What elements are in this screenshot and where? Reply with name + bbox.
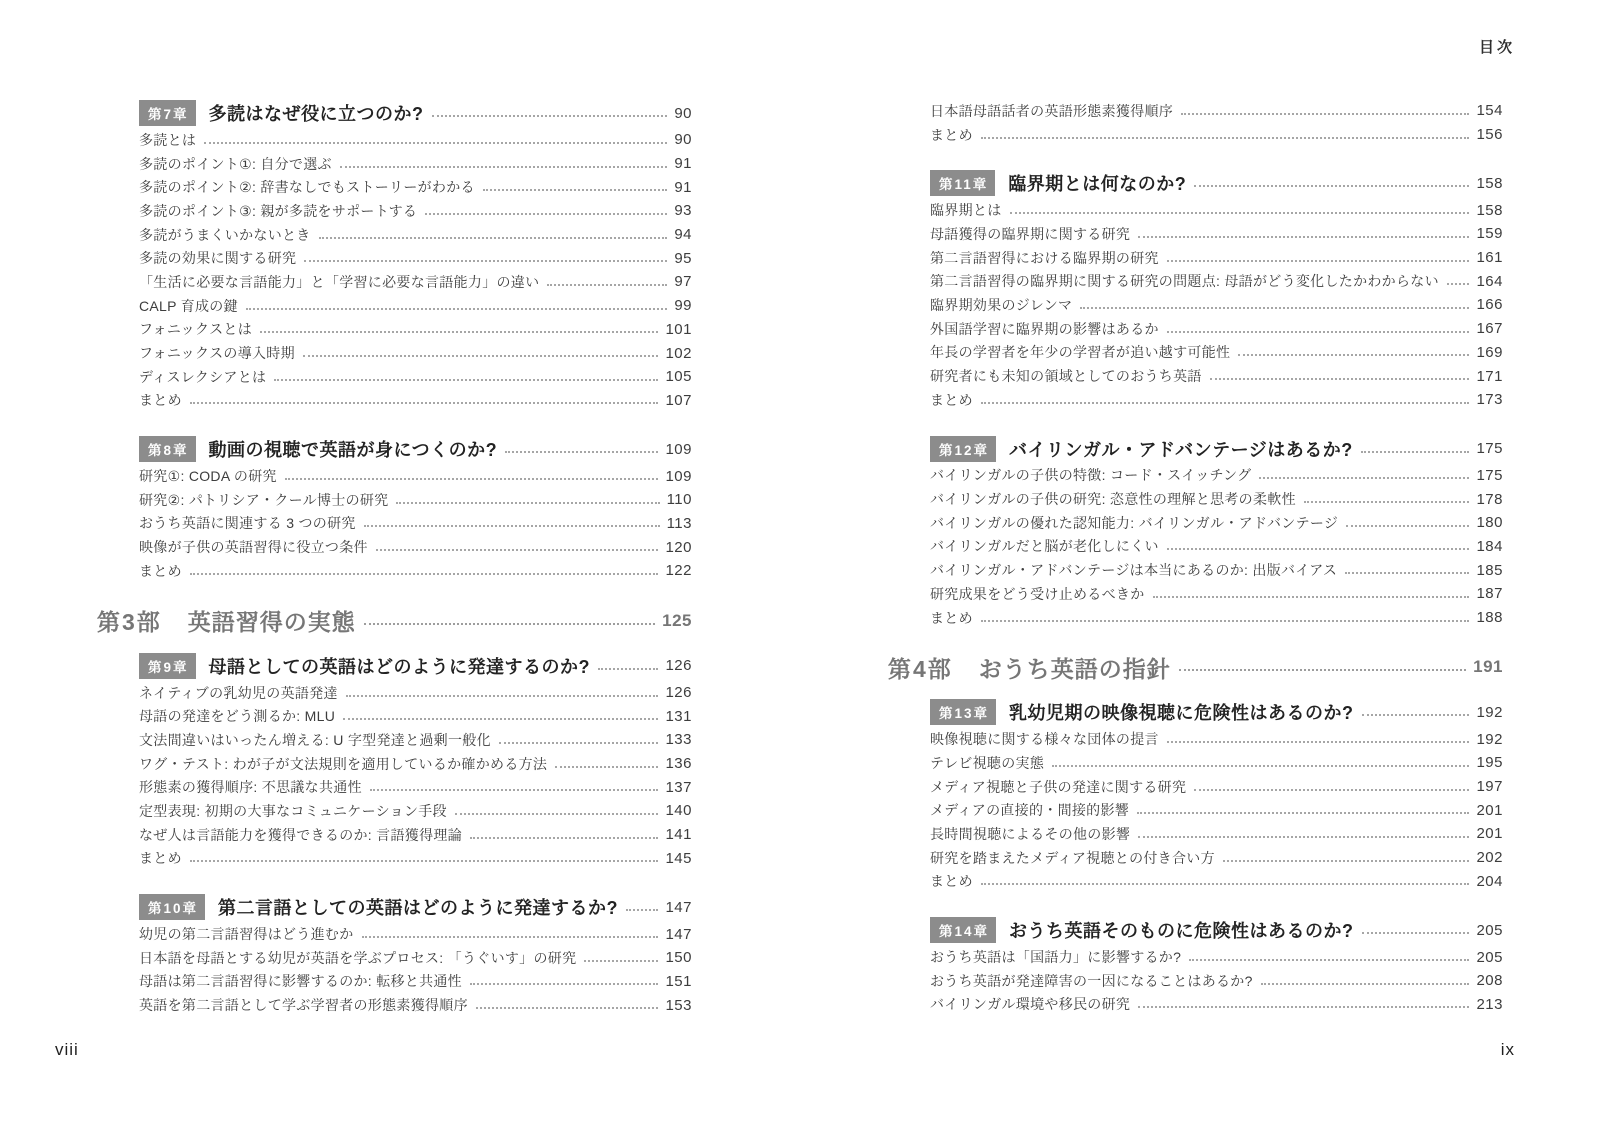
entry-title: まとめ (930, 608, 973, 628)
page-number: 166 (1476, 296, 1503, 313)
part-label: 第4部 (888, 651, 953, 684)
entry-title: 研究②: パトリシア・クール博士の研究 (139, 490, 388, 510)
chapter-title: 第二言語としての英語はどのように発達するか? (218, 894, 618, 920)
toc-entry-row: メディア視聴と子供の発達に関する研究197 (930, 775, 1503, 799)
entry-title: 長時間視聴によるその他の影響 (930, 824, 1130, 844)
entry-title: メディア視聴と子供の発達に関する研究 (930, 777, 1186, 797)
page-number: 126 (665, 657, 692, 674)
toc-entry-row: 多読がうまくいかないとき94 (139, 223, 692, 247)
running-header-title: 目次 (1479, 36, 1515, 57)
dotted-leader (190, 860, 659, 862)
page-number: 178 (1476, 491, 1503, 508)
chapter-badge: 第8章 (139, 436, 196, 462)
entry-title: 多読がうまくいかないとき (139, 225, 311, 245)
toc-entry-row: 研究成果をどう受け止めるべきか187 (930, 582, 1503, 606)
dotted-leader (626, 909, 658, 911)
dotted-leader (1189, 959, 1469, 961)
dotted-leader (499, 742, 659, 744)
page-number: 197 (1476, 778, 1503, 795)
dotted-leader (1345, 572, 1469, 574)
entry-title: バイリンガル環境や移民の研究 (930, 994, 1130, 1014)
dotted-leader (1238, 354, 1469, 356)
toc-entry-row: 第二言語習得における臨界期の研究161 (930, 246, 1503, 270)
toc-entry-row: 多読のポイント②: 辞書なしでもストーリーがわかる91 (139, 175, 692, 199)
entry-title: まとめ (139, 390, 182, 410)
toc-entry-row: 映像視聴に関する様々な団体の提言192 (930, 727, 1503, 751)
page-number: 184 (1476, 538, 1503, 555)
page-number: 133 (665, 731, 692, 748)
page-number: 151 (665, 973, 692, 990)
entry-title: バイリンガルの子供の研究: 恣意性の理解と思考の柔軟性 (930, 489, 1296, 509)
toc-chapter-row: 第12章バイリンガル・アドバンテージはあるか?175 (930, 434, 1503, 464)
toc-entry-row: 文法間違いはいったん増える: U 字型発達と過剰一般化133 (139, 728, 692, 752)
dotted-leader (1181, 113, 1469, 115)
toc-entry-row: 定型表現: 初期の大事なコミュニケーション手段140 (139, 799, 692, 823)
page-number: 113 (667, 515, 692, 532)
entry-title: 研究者にも未知の領域としてのおうち英語 (930, 366, 1202, 386)
toc-chapter-row: 第7章多読はなぜ役に立つのか?90 (139, 98, 692, 128)
entry-title: 外国語学習に臨界期の影響はあるか (930, 319, 1159, 339)
page-number: 201 (1476, 825, 1503, 842)
toc-entry-row: まとめ156 (930, 123, 1503, 147)
entry-title: なぜ人は言語能力を獲得できるのか: 言語獲得理論 (139, 825, 462, 845)
page-number: 213 (1476, 996, 1503, 1013)
toc-entry-row: 研究を踏まえたメディア視聴との付き合い方202 (930, 846, 1503, 870)
dotted-leader (455, 813, 659, 815)
dotted-leader (584, 960, 658, 962)
toc-page-left: 第7章多読はなぜ役に立つのか?90多読とは90多読のポイント①: 自分で選ぶ91… (97, 98, 692, 1017)
toc-entry-row: 母語の発達をどう測るか: MLU131 (139, 704, 692, 728)
entry-title: 定型表現: 初期の大事なコミュニケーション手段 (139, 801, 447, 821)
dotted-leader (204, 142, 667, 144)
dotted-leader (1138, 1006, 1469, 1008)
dotted-leader (1167, 741, 1470, 743)
dotted-leader (1362, 714, 1470, 716)
page-number: 187 (1476, 585, 1503, 602)
toc-entry-row: 研究②: パトリシア・クール博士の研究110 (139, 488, 692, 512)
chapter-badge: 第14章 (930, 917, 996, 943)
page-number: 201 (1476, 802, 1503, 819)
page-number: 107 (665, 392, 692, 409)
toc-entry-row: まとめ204 (930, 870, 1503, 894)
dotted-leader (274, 379, 658, 381)
dotted-leader (285, 478, 659, 480)
entry-title: 日本語を母語とする幼児が英語を学ぶプロセス: 「うぐいす」の研究 (139, 948, 576, 968)
entry-title: 多読のポイント③: 親が多読をサポートする (139, 201, 417, 221)
page-number: 175 (1476, 440, 1503, 457)
dotted-leader (470, 983, 658, 985)
entry-title: 多読のポイント①: 自分で選ぶ (139, 154, 332, 174)
part-label: 第3部 (97, 604, 162, 637)
dotted-leader (362, 936, 659, 938)
toc-entry-row: 映像が子供の英語習得に役立つ条件120 (139, 535, 692, 559)
page-number-left: viii (55, 1040, 79, 1060)
entry-title: 幼児の第二言語習得はどう進むか (139, 924, 354, 944)
toc-entry-row: おうち英語は「国語力」に影響するか?205 (930, 945, 1503, 969)
dotted-leader (1080, 307, 1469, 309)
entry-title: おうち英語は「国語力」に影響するか? (930, 947, 1181, 967)
entry-title: おうち英語が発達障害の一因になることはあるか? (930, 971, 1253, 991)
toc-entry-row: 日本語母語話者の英語形態素獲得順序154 (930, 99, 1503, 123)
entry-title: 多読のポイント②: 辞書なしでもストーリーがわかる (139, 177, 475, 197)
dotted-leader (396, 502, 659, 504)
toc-entry-row: 臨界期効果のジレンマ166 (930, 293, 1503, 317)
entry-title: バイリンガルの子供の特徴: コード・スイッチング (930, 465, 1251, 485)
entry-title: 映像が子供の英語習得に役立つ条件 (139, 537, 368, 557)
page-number: 158 (1476, 175, 1503, 192)
chapter-title: 乳幼児期の映像視聴に危険性はあるのか? (1009, 699, 1354, 725)
page-number: 191 (1473, 657, 1503, 677)
chapter-badge: 第11章 (930, 170, 995, 196)
entry-title: 英語を第二言語として学ぶ学習者の形態素獲得順序 (139, 995, 468, 1015)
chapter-badge: 第10章 (139, 894, 205, 920)
dotted-leader (319, 237, 668, 239)
entry-title: 母語は第二言語習得に影響するのか: 転移と共通性 (139, 971, 462, 991)
toc-entry-row: バイリンガル・アドバンテージは本当にあるのか: 出版バイアス185 (930, 558, 1503, 582)
dotted-leader (1362, 932, 1470, 934)
page-number: 94 (674, 226, 692, 243)
toc-entry-row: まとめ145 (139, 847, 692, 871)
dotted-leader (370, 789, 659, 791)
page-number: 192 (1476, 704, 1503, 721)
entry-title: メディアの直接的・間接的影響 (930, 800, 1129, 820)
dotted-leader (1137, 812, 1469, 814)
dotted-leader (1167, 331, 1470, 333)
dotted-leader (190, 402, 659, 404)
page-number: 120 (665, 539, 692, 556)
page-number: 147 (665, 899, 692, 916)
chapter-title: 臨界期とは何なのか? (1008, 170, 1186, 196)
toc-entry-row: おうち英語が発達障害の一因になることはあるか?208 (930, 969, 1503, 993)
page-number: 180 (1476, 514, 1503, 531)
dotted-leader (364, 623, 655, 625)
dotted-leader (1304, 501, 1470, 503)
dotted-leader (1447, 283, 1470, 285)
toc-chapter-row: 第11章臨界期とは何なのか?158 (930, 168, 1503, 198)
dotted-leader (476, 1007, 659, 1009)
entry-title: ネイティブの乳幼児の英語発達 (139, 683, 338, 703)
toc-entry-row: 研究①: CODA の研究109 (139, 464, 692, 488)
dotted-leader (425, 213, 667, 215)
entry-title: バイリンガルだと脳が老化しにくい (930, 536, 1159, 556)
dotted-leader (190, 573, 659, 575)
page-number: 205 (1476, 922, 1503, 939)
page-number: 109 (665, 468, 692, 485)
dotted-leader (343, 718, 658, 720)
dotted-leader (364, 525, 660, 527)
entry-title: 文法間違いはいったん増える: U 字型発達と過剰一般化 (139, 730, 491, 750)
page-number: 102 (665, 345, 692, 362)
page-number: 91 (674, 179, 692, 196)
chapter-title: 動画の視聴で英語が身につくのか? (209, 436, 498, 462)
dotted-leader (1167, 548, 1470, 550)
toc-entry-row: 多読とは90 (139, 128, 692, 152)
page-number: 91 (674, 155, 692, 172)
page-number: 205 (1476, 949, 1503, 966)
chapter-badge: 第12章 (930, 436, 996, 462)
page-number: 171 (1476, 368, 1503, 385)
dotted-leader (1261, 983, 1470, 985)
dotted-leader (1346, 525, 1469, 527)
dotted-leader (981, 883, 1470, 885)
dotted-leader (1010, 212, 1470, 214)
dotted-leader (547, 284, 667, 286)
page-number-right: ix (1501, 1040, 1515, 1060)
toc-entry-row: 多読のポイント①: 自分で選ぶ91 (139, 152, 692, 176)
page-number: 125 (662, 611, 692, 631)
toc-entry-row: なぜ人は言語能力を獲得できるのか: 言語獲得理論141 (139, 823, 692, 847)
chapter-title: おうち英語そのものに危険性はあるのか? (1009, 917, 1354, 943)
entry-title: バイリンガルの優れた認知能力: バイリンガル・アドバンテージ (930, 513, 1338, 533)
entry-title: 第二言語習得の臨界期に関する研究の問題点: 母語がどう変化したかわからない (930, 271, 1439, 291)
entry-title: ディスレクシアとは (139, 367, 266, 387)
toc-chapter-row: 第13章乳幼児期の映像視聴に危険性はあるのか?192 (930, 697, 1503, 727)
toc-entry-row: テレビ視聴の実態195 (930, 751, 1503, 775)
page-number: 90 (674, 105, 692, 122)
dotted-leader (483, 189, 667, 191)
chapter-badge: 第7章 (139, 100, 196, 126)
toc-entry-row: CALP 育成の鍵99 (139, 294, 692, 318)
toc-entry-row: 年長の学習者を年少の学習者が追い越す可能性169 (930, 341, 1503, 365)
entry-title: CALP 育成の鍵 (139, 296, 238, 316)
dotted-leader (598, 668, 658, 670)
dotted-leader (432, 115, 668, 117)
page-number: 141 (665, 826, 692, 843)
page-number: 101 (665, 321, 692, 338)
entry-title: テレビ視聴の実態 (930, 753, 1044, 773)
page-number: 122 (665, 562, 692, 579)
dotted-leader (1194, 789, 1469, 791)
page-number: 126 (665, 684, 692, 701)
entry-title: 形態素の獲得順序: 不思議な共通性 (139, 777, 362, 797)
chapter-title: 母語としての英語はどのように発達するのか? (209, 653, 591, 679)
page-number: 192 (1476, 731, 1503, 748)
dotted-leader (304, 260, 667, 262)
entry-title: まとめ (139, 561, 182, 581)
page-number: 156 (1476, 126, 1503, 143)
page-number: 202 (1476, 849, 1503, 866)
page-number: 97 (674, 273, 692, 290)
dotted-leader (1194, 185, 1469, 187)
page-number: 136 (665, 755, 692, 772)
entry-title: 臨界期とは (930, 200, 1002, 220)
toc-entry-row: おうち英語に関連する 3 つの研究113 (139, 512, 692, 536)
toc-entry-row: バイリンガルの子供の特徴: コード・スイッチング175 (930, 464, 1503, 488)
toc-part-row: 第3部英語習得の実態125 (97, 603, 692, 639)
page-number: 204 (1476, 873, 1503, 890)
page-number: 153 (665, 997, 692, 1014)
entry-title: 多読とは (139, 130, 196, 150)
toc-entry-row: バイリンガルの優れた認知能力: バイリンガル・アドバンテージ180 (930, 511, 1503, 535)
toc-entry-row: メディアの直接的・間接的影響201 (930, 798, 1503, 822)
entry-title: 映像視聴に関する様々な団体の提言 (930, 729, 1159, 749)
page-number: 145 (665, 850, 692, 867)
entry-title: 研究成果をどう受け止めるべきか (930, 584, 1145, 604)
dotted-leader (346, 695, 659, 697)
page-number: 110 (667, 491, 692, 508)
page-number: 140 (665, 802, 692, 819)
dotted-leader (1259, 477, 1469, 479)
entry-title: フォニックスとは (139, 319, 252, 339)
entry-title: 研究を踏まえたメディア視聴との付き合い方 (930, 848, 1215, 868)
dotted-leader (981, 137, 1470, 139)
toc-entry-row: 形態素の獲得順序: 不思議な共通性137 (139, 775, 692, 799)
entry-title: 研究①: CODA の研究 (139, 466, 277, 486)
chapter-badge: 第9章 (139, 653, 196, 679)
toc-entry-row: 多読の効果に関する研究95 (139, 246, 692, 270)
dotted-leader (981, 402, 1470, 404)
dotted-leader (376, 549, 659, 551)
entry-title: ワグ・テスト: わが子が文法規則を適用しているか確かめる方法 (139, 754, 547, 774)
dotted-leader (1167, 260, 1470, 262)
toc-entry-row: 母語獲得の臨界期に関する研究159 (930, 222, 1503, 246)
page-number: 105 (665, 368, 692, 385)
dotted-leader (470, 837, 658, 839)
entry-title: まとめ (139, 848, 182, 868)
toc-entry-row: まとめ188 (930, 606, 1503, 630)
toc-entry-row: バイリンガル環境や移民の研究213 (930, 993, 1503, 1017)
dotted-leader (1223, 860, 1470, 862)
toc-entry-row: フォニックスの導入時期102 (139, 341, 692, 365)
toc-entry-row: 臨界期とは158 (930, 198, 1503, 222)
dotted-leader (1138, 836, 1469, 838)
dotted-leader (1052, 765, 1469, 767)
toc-entry-row: 母語は第二言語習得に影響するのか: 転移と共通性151 (139, 970, 692, 994)
chapter-title: 多読はなぜ役に立つのか? (209, 100, 424, 126)
page-number: 150 (665, 949, 692, 966)
toc-entry-row: バイリンガルだと脳が老化しにくい184 (930, 535, 1503, 559)
toc-entry-row: 「生活に必要な言語能力」と「学習に必要な言語能力」の違い97 (139, 270, 692, 294)
dotted-leader (340, 166, 667, 168)
page-number: 147 (665, 926, 692, 943)
entry-title: 臨界期効果のジレンマ (930, 295, 1072, 315)
entry-title: まとめ (930, 871, 973, 891)
chapter-badge: 第13章 (930, 699, 996, 725)
page-number: 109 (665, 441, 692, 458)
page-number: 137 (665, 779, 692, 796)
page-number: 154 (1476, 102, 1503, 119)
dotted-leader (1361, 451, 1470, 453)
toc-entry-row: ネイティブの乳幼児の英語発達126 (139, 681, 692, 705)
dotted-leader (505, 451, 658, 453)
toc-entry-row: フォニックスとは101 (139, 318, 692, 342)
page-number: 99 (674, 297, 692, 314)
page-number: 159 (1476, 225, 1503, 242)
page-number: 169 (1476, 344, 1503, 361)
page-number: 188 (1476, 609, 1503, 626)
toc-entry-row: ディスレクシアとは105 (139, 365, 692, 389)
page-number: 195 (1476, 754, 1503, 771)
dotted-leader (1153, 596, 1470, 598)
dotted-leader (555, 766, 658, 768)
part-title: 英語習得の実態 (188, 604, 356, 637)
entry-title: 日本語母語話者の英語形態素獲得順序 (930, 101, 1173, 121)
page-number: 175 (1476, 467, 1503, 484)
toc-entry-row: 長時間視聴によるその他の影響201 (930, 822, 1503, 846)
toc-entry-row: まとめ122 (139, 559, 692, 583)
toc-chapter-row: 第10章第二言語としての英語はどのように発達するか?147 (139, 892, 692, 922)
page-number: 93 (674, 202, 692, 219)
page-number: 90 (674, 131, 692, 148)
entry-title: 年長の学習者を年少の学習者が追い越す可能性 (930, 342, 1230, 362)
entry-title: 「生活に必要な言語能力」と「学習に必要な言語能力」の違い (139, 272, 539, 292)
toc-entry-row: バイリンガルの子供の研究: 恣意性の理解と思考の柔軟性178 (930, 487, 1503, 511)
toc-entry-row: まとめ173 (930, 388, 1503, 412)
dotted-leader (260, 331, 658, 333)
page-number: 161 (1476, 249, 1503, 266)
toc-entry-row: 外国語学習に臨界期の影響はあるか167 (930, 317, 1503, 341)
toc-chapter-row: 第9章母語としての英語はどのように発達するのか?126 (139, 651, 692, 681)
entry-title: 母語の発達をどう測るか: MLU (139, 706, 335, 726)
entry-title: フォニックスの導入時期 (139, 343, 295, 363)
entry-title: おうち英語に関連する 3 つの研究 (139, 513, 356, 533)
entry-title: 多読の効果に関する研究 (139, 248, 296, 268)
toc-chapter-row: 第8章動画の視聴で英語が身につくのか?109 (139, 434, 692, 464)
toc-entry-row: 第二言語習得の臨界期に関する研究の問題点: 母語がどう変化したかわからない164 (930, 269, 1503, 293)
toc-entry-row: 研究者にも未知の領域としてのおうち英語171 (930, 364, 1503, 388)
page-number: 173 (1476, 391, 1503, 408)
dotted-leader (981, 620, 1470, 622)
page-number: 131 (665, 708, 692, 725)
toc-entry-row: ワグ・テスト: わが子が文法規則を適用しているか確かめる方法136 (139, 752, 692, 776)
dotted-leader (1179, 669, 1466, 671)
page-number: 158 (1476, 202, 1503, 219)
toc-entry-row: 日本語を母語とする幼児が英語を学ぶプロセス: 「うぐいす」の研究150 (139, 946, 692, 970)
dotted-leader (1210, 378, 1470, 380)
toc-entry-row: 英語を第二言語として学ぶ学習者の形態素獲得順序153 (139, 993, 692, 1017)
page-number: 208 (1476, 972, 1503, 989)
chapter-title: バイリンガル・アドバンテージはあるか? (1009, 436, 1353, 462)
toc-part-row: 第4部おうち英語の指針191 (888, 649, 1503, 685)
toc-page-right: 日本語母語話者の英語形態素獲得順序154まとめ156第11章臨界期とは何なのか?… (888, 99, 1503, 1016)
dotted-leader (246, 308, 667, 310)
dotted-leader (303, 355, 659, 357)
part-title: おうち英語の指針 (979, 651, 1171, 684)
entry-title: 第二言語習得における臨界期の研究 (930, 248, 1159, 268)
toc-entry-row: 幼児の第二言語習得はどう進むか147 (139, 922, 692, 946)
entry-title: バイリンガル・アドバンテージは本当にあるのか: 出版バイアス (930, 560, 1337, 580)
page-number: 164 (1476, 273, 1503, 290)
page-number: 167 (1476, 320, 1503, 337)
page-number: 185 (1476, 562, 1503, 579)
dotted-leader (1138, 236, 1469, 238)
entry-title: 母語獲得の臨界期に関する研究 (930, 224, 1130, 244)
entry-title: まとめ (930, 125, 973, 145)
toc-chapter-row: 第14章おうち英語そのものに危険性はあるのか?205 (930, 915, 1503, 945)
toc-entry-row: 多読のポイント③: 親が多読をサポートする93 (139, 199, 692, 223)
page-number: 95 (674, 250, 692, 267)
entry-title: まとめ (930, 390, 973, 410)
toc-entry-row: まとめ107 (139, 389, 692, 413)
